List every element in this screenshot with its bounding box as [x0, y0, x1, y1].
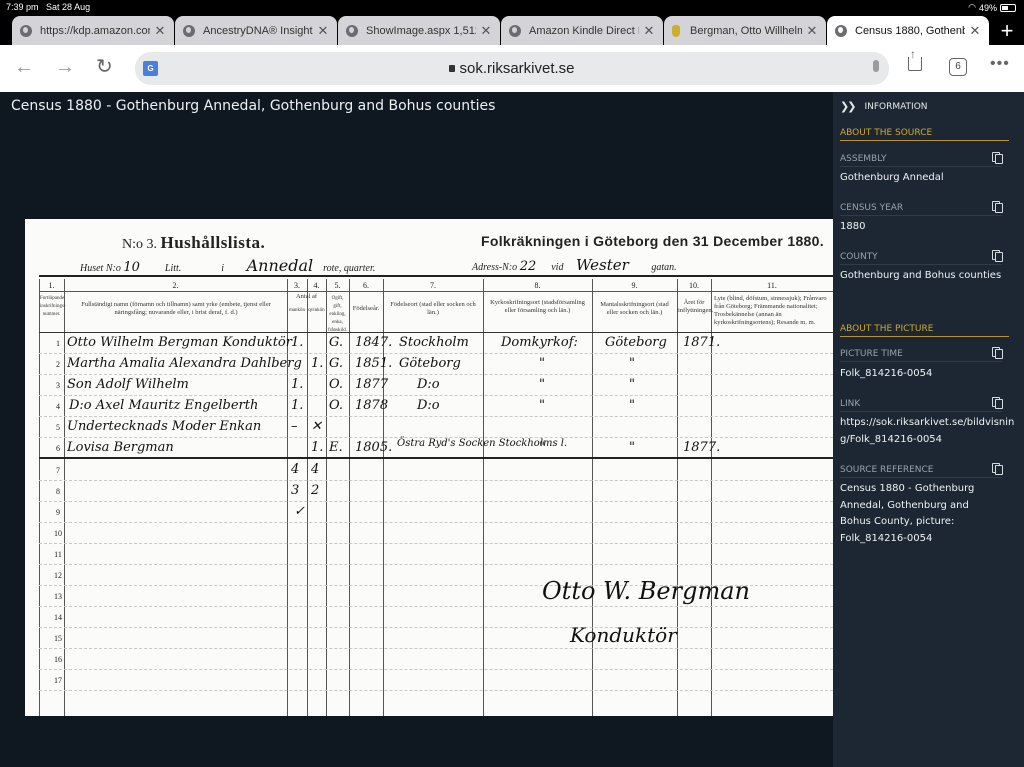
copy-icon[interactable] [992, 201, 1002, 211]
globe-icon [835, 25, 847, 37]
field-value-census-year: 1880 [840, 219, 1016, 236]
status-bar: 7:39 pm Sat 28 Aug ◠ 49% [0, 0, 1024, 14]
tab-label: Census 1880, Gothenburg [855, 25, 965, 37]
tab-label: ShowImage.aspx 1,512 [366, 25, 476, 37]
browser-tab[interactable]: Amazon Kindle Direct Publishing ✕ [501, 16, 663, 45]
globe-icon [509, 25, 521, 37]
address-bar[interactable]: G sok.riksarkivet.se [135, 52, 889, 85]
microphone-icon[interactable] [873, 60, 879, 72]
section-title-source: ABOUT THE SOURCE [840, 128, 1009, 141]
reload-button[interactable]: ↻ [96, 57, 113, 77]
column-number: 6. [349, 281, 383, 290]
column-header: Kyrkoskrifningsort (stadsförsamling elle… [485, 299, 590, 315]
table-row: 4 D:o Axel Mauritz Engelberth 1. O. 1878… [39, 396, 833, 417]
field-value-picture-time: Folk_814216-0054 [840, 366, 1016, 383]
signature-title: Konduktör [570, 623, 677, 647]
table-row: 7 4 4 [39, 460, 833, 481]
column-header: Fortlöpande inskrifnings-nummer. [40, 295, 63, 319]
url-text[interactable]: sok.riksarkivet.se [135, 60, 889, 77]
image-viewer[interactable]: Census 1880 - Gothenburg Annedal, Gothen… [0, 92, 833, 767]
column-header: qvinkön [307, 307, 326, 315]
copy-icon[interactable] [992, 152, 1002, 162]
tab-label: https://kdp.amazon.com [40, 25, 150, 37]
shield-icon [672, 25, 680, 37]
field-value-source-reference: Census 1880 - Gothenburg Annedal, Gothen… [840, 481, 990, 547]
signature-name: Otto W. Bergman [542, 577, 750, 605]
column-number: 3. [287, 281, 307, 290]
browser-tab[interactable]: Bergman, Otto Willhelm ✕ [664, 16, 826, 45]
tab-label: Amazon Kindle Direct Publishing [529, 25, 639, 37]
column-number: 2. [64, 281, 287, 290]
tab-bar: https://kdp.amazon.com ✕ AncestryDNA® In… [0, 14, 1024, 45]
copy-icon[interactable] [992, 397, 1002, 407]
column-header: Ogift, gift, enkling, enka, frånskild. [327, 295, 348, 335]
information-header[interactable]: ❯❯ INFORMATION [840, 100, 928, 113]
column-header: Födelseort (stad eller socken och län.) [385, 301, 481, 317]
viewer-title: Census 1880 - Gothenburg Annedal, Gothen… [11, 98, 495, 114]
column-number: 8. [483, 281, 592, 290]
browser-toolbar: ← → ↻ G sok.riksarkivet.se 6 ••• [0, 45, 1024, 92]
table-row: 15 [39, 628, 833, 649]
status-right: ◠ 49% [968, 2, 1016, 13]
globe-icon [346, 25, 358, 37]
close-tab-icon[interactable]: ✕ [643, 23, 655, 39]
lock-icon [449, 65, 455, 72]
house-line: Huset N:o 10 Litt. i Annedal rote, quart… [80, 256, 375, 275]
new-tab-button[interactable]: + [990, 17, 1024, 45]
table-row: 14 [39, 607, 833, 628]
column-header: mankön [287, 307, 307, 315]
browser-tab[interactable]: AncestryDNA® Insights ✕ [175, 16, 337, 45]
field-value-assembly: Gothenburg Annedal [840, 170, 1016, 187]
close-tab-icon[interactable]: ✕ [969, 23, 981, 39]
column-number: 5. [326, 281, 349, 290]
copy-icon[interactable] [992, 347, 1002, 357]
tab-label: Bergman, Otto Willhelm [690, 25, 802, 37]
table-row: 9 ✓ [39, 502, 833, 523]
table-row: 2 Martha Amalia Alexandra Dahlberg 1. G.… [39, 354, 833, 375]
column-number: 10. [677, 281, 711, 290]
forward-button[interactable]: → [55, 57, 75, 77]
table-row: 11 [39, 544, 833, 565]
column-header: Födelseår. [350, 305, 382, 313]
page-content: Census 1880 - Gothenburg Annedal, Gothen… [0, 92, 1024, 767]
back-button[interactable]: ← [14, 57, 34, 77]
table-row: 16 [39, 649, 833, 670]
wifi-icon: ◠ [968, 2, 976, 13]
battery-icon [1000, 4, 1016, 12]
battery-percent: 49% [979, 3, 997, 13]
globe-icon [183, 25, 195, 37]
census-document-image[interactable]: N:o 3. Hushållslista. Folkräkningen i Gö… [25, 219, 833, 716]
tab-count-button[interactable]: 6 [949, 58, 967, 76]
column-header: Mantalsskrifningsort (stad eller socken … [594, 301, 675, 317]
copy-icon[interactable] [992, 463, 1002, 473]
list-heading: N:o 3. Hushållslista. [122, 233, 265, 253]
browser-tab-active[interactable]: Census 1880, Gothenburg ✕ [827, 16, 989, 45]
column-header: Lyte (blind, döfstum, sinnessjuk); Frånv… [714, 295, 831, 327]
column-number: 7. [383, 281, 483, 290]
copy-icon[interactable] [992, 250, 1002, 260]
more-menu-button[interactable]: ••• [990, 55, 1010, 73]
table-row: 3 Son Adolf Wilhelm 1. O. 1877 D:o " " [39, 375, 833, 396]
collapse-chevron-icon[interactable]: ❯❯ [840, 100, 854, 113]
close-tab-icon[interactable]: ✕ [317, 23, 329, 39]
close-tab-icon[interactable]: ✕ [806, 23, 818, 39]
column-number: 4. [307, 281, 326, 290]
column-header: Antal af [287, 293, 326, 301]
information-panel: ❯❯ INFORMATION ABOUT THE SOURCE ASSEMBLY… [833, 92, 1024, 767]
column-header: Året för inflyttningen. [678, 299, 710, 315]
column-number: 9. [592, 281, 677, 290]
table-row: 6 Lovisa Bergman 1. E. 1805. Östra Ryd's… [39, 438, 833, 459]
tab-label: AncestryDNA® Insights [203, 25, 313, 37]
table-row: 1 Otto Wilhelm Bergman Konduktör 1. G. 1… [39, 333, 833, 354]
field-label-census-year: CENSUS YEAR [840, 203, 1002, 216]
field-label-link: LINK [840, 399, 1002, 412]
column-number: 1. [39, 281, 64, 290]
table-row: 17 [39, 670, 833, 691]
close-tab-icon[interactable]: ✕ [154, 23, 166, 39]
browser-tab[interactable]: https://kdp.amazon.com ✕ [12, 16, 174, 45]
field-label-source-reference: SOURCE REFERENCE [840, 465, 1002, 478]
field-label-picture-time: PICTURE TIME [840, 349, 1002, 362]
field-value-link[interactable]: https://sok.riksarkivet.se/bildvisning/F… [840, 415, 1016, 448]
table-row: 10 [39, 523, 833, 544]
column-header: Fullständigt namn (förnamn och tillnamn)… [69, 301, 283, 317]
globe-icon [20, 25, 32, 37]
column-number: 11. [711, 281, 833, 290]
browser-tab[interactable]: ShowImage.aspx 1,512 ✕ [338, 16, 500, 45]
field-value-county: Gothenburg and Bohus counties [840, 268, 1016, 285]
field-label-assembly: ASSEMBLY [840, 154, 1002, 167]
section-title-picture: ABOUT THE PICTURE [840, 324, 1009, 337]
status-time: 7:39 pm Sat 28 Aug [6, 2, 90, 12]
share-icon[interactable] [908, 57, 922, 71]
close-tab-icon[interactable]: ✕ [480, 23, 492, 39]
table-row: 8 3 2 [39, 481, 833, 502]
census-heading: Folkräkningen i Göteborg den 31 December… [481, 233, 824, 249]
divider [39, 275, 833, 277]
field-label-county: COUNTY [840, 252, 1002, 265]
divider [39, 291, 833, 292]
address-line: Adress-N:o 22 vid Wester gatan. [472, 256, 677, 274]
table-row: 5 Undertecknads Moder Enkan – ✕ [39, 417, 833, 438]
